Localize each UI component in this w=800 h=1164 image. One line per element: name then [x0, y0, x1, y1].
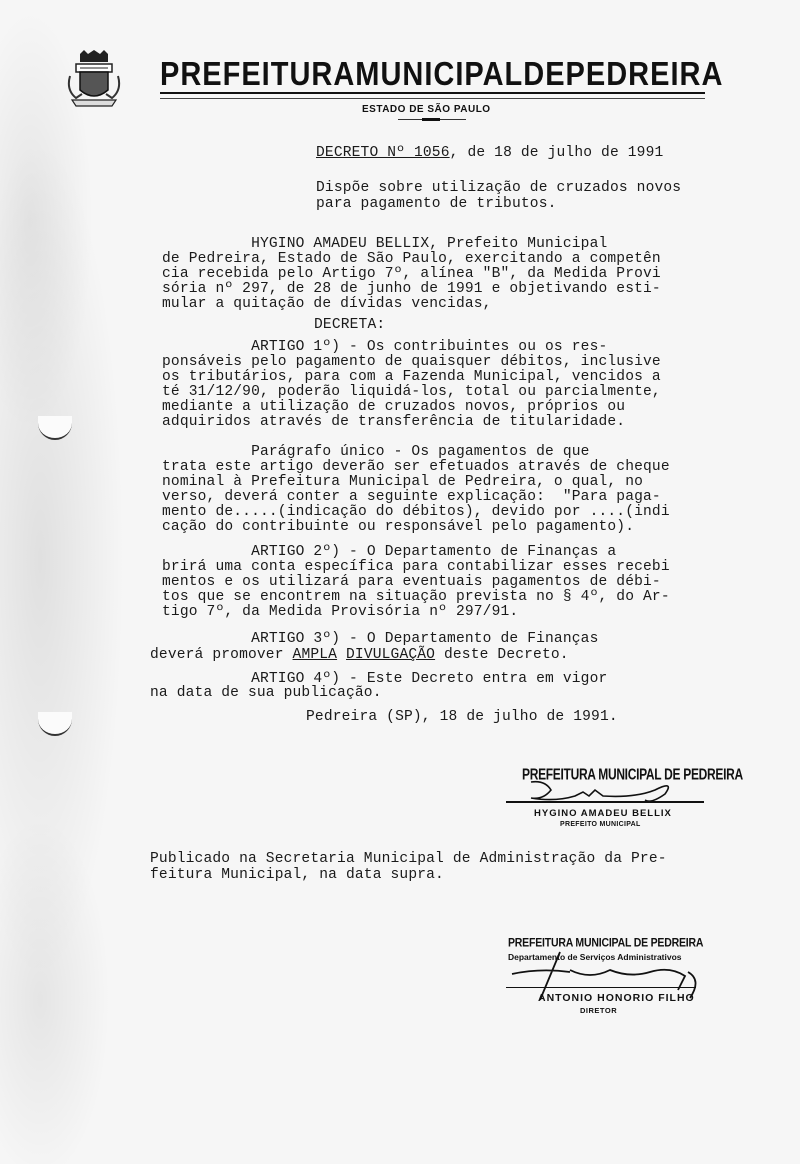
article-4-line: na data de sua publicação. [150, 686, 382, 701]
letterhead-word: PREFEITURA [160, 56, 355, 94]
letterhead-word: PEDREIRA [566, 56, 724, 94]
director-role: DIRETOR [580, 1006, 617, 1015]
article-1-line: ARTIGO 1º) - Os contribuintes ou os res- [162, 340, 607, 355]
letterhead-rule [160, 92, 705, 99]
preamble-line: mular a quitação de dívidas vencidas, [162, 297, 492, 312]
paragraph-line: verso, deverá conter a seguinte explicaç… [162, 490, 661, 505]
punch-hole-bottom [38, 712, 72, 736]
decree-number: DECRETO Nº 1056 [316, 145, 450, 161]
place-date: Pedreira (SP), 18 de julho de 1991. [306, 710, 618, 725]
decree-heading: DECRETO Nº 1056, de 18 de julho de 1991 [316, 146, 663, 161]
emphasis-ampla: AMPLA [293, 647, 338, 663]
director-stamp-header: PREFEITURA MUNICIPAL DE PEDREIRA [508, 936, 703, 950]
state-subtitle: ESTADO DE SÃO PAULO [362, 104, 491, 115]
article-1-line: té 31/12/90, poderão liquidá-los, total … [162, 385, 661, 400]
summary-line: Dispõe sobre utilização de cruzados novo… [316, 181, 681, 196]
article-3-text: deste Decreto. [435, 647, 569, 663]
emphasis-divulgacao: DIVULGAÇÃO [346, 647, 435, 663]
preamble-line: cia recebida pelo Artigo 7º, alínea "B",… [162, 267, 661, 282]
letterhead-word: MUNICIPAL [355, 56, 523, 94]
summary-line: para pagamento de tributos. [316, 197, 557, 212]
article-2-line: tigo 7º, da Medida Provisória nº 297/91. [162, 605, 518, 620]
paragraph-line: mento de.....(indicação do débitos), dev… [162, 505, 670, 520]
article-2-line: brirá uma conta específica para contabil… [162, 560, 670, 575]
article-2-line: tos que se encontrem na situação previst… [162, 590, 670, 605]
punch-hole-top [38, 416, 72, 440]
director-signature-line [506, 987, 696, 988]
director-name: ANTONIO HONORIO FILHO [538, 992, 695, 1004]
publication-note-line: feitura Municipal, na data supra. [150, 868, 444, 883]
article-3-line: deverá promover AMPLA DIVULGAÇÃO deste D… [150, 648, 569, 663]
letterhead-title: PREFEITURA MUNICIPAL DE PEDREIRA [160, 56, 705, 94]
mayor-name: HYGINO AMADEU BELLIX [534, 808, 672, 819]
state-rule [398, 119, 466, 120]
mayor-signature-line [506, 801, 704, 803]
paragraph-line: cação do contribuinte ou responsável pel… [162, 520, 634, 535]
paragraph-line: Parágrafo único - Os pagamentos de que [162, 445, 590, 460]
mayor-role: PREFEITO MUNICIPAL [560, 821, 641, 828]
article-1-line: ponsáveis pelo pagamento de quaisquer dé… [162, 355, 661, 370]
article-1-line: mediante a utilização de cruzados novos,… [162, 400, 625, 415]
article-3-text: deverá promover [150, 647, 293, 663]
decreta-heading: DECRETA: [314, 318, 385, 333]
preamble-line: de Pedreira, Estado de São Paulo, exerci… [162, 252, 661, 267]
paragraph-line: nominal à Prefeitura Municipal de Pedrei… [162, 475, 643, 490]
article-3-line: ARTIGO 3º) - O Departamento de Finanças [162, 632, 598, 647]
coat-of-arms-icon [66, 50, 122, 108]
publication-note-line: Publicado na Secretaria Municipal de Adm… [150, 852, 667, 867]
article-2-line: ARTIGO 2º) - O Departamento de Finanças … [162, 545, 616, 560]
article-1-line: adquiridos através de transferência de t… [162, 415, 625, 430]
mayor-signature-icon [525, 778, 685, 808]
article-2-line: mentos e os utilizará para eventuais pag… [162, 575, 661, 590]
article-1-line: os tributários, para com a Fazenda Munic… [162, 370, 661, 385]
decree-date: , de 18 de julho de 1991 [450, 145, 664, 161]
letterhead-word: DE [523, 56, 565, 94]
preamble-line: sória nº 297, de 28 de junho de 1991 e o… [162, 282, 661, 297]
paragraph-line: trata este artigo deverão ser efetuados … [162, 460, 670, 475]
preamble-line: HYGINO AMADEU BELLIX, Prefeito Municipal [162, 237, 607, 252]
